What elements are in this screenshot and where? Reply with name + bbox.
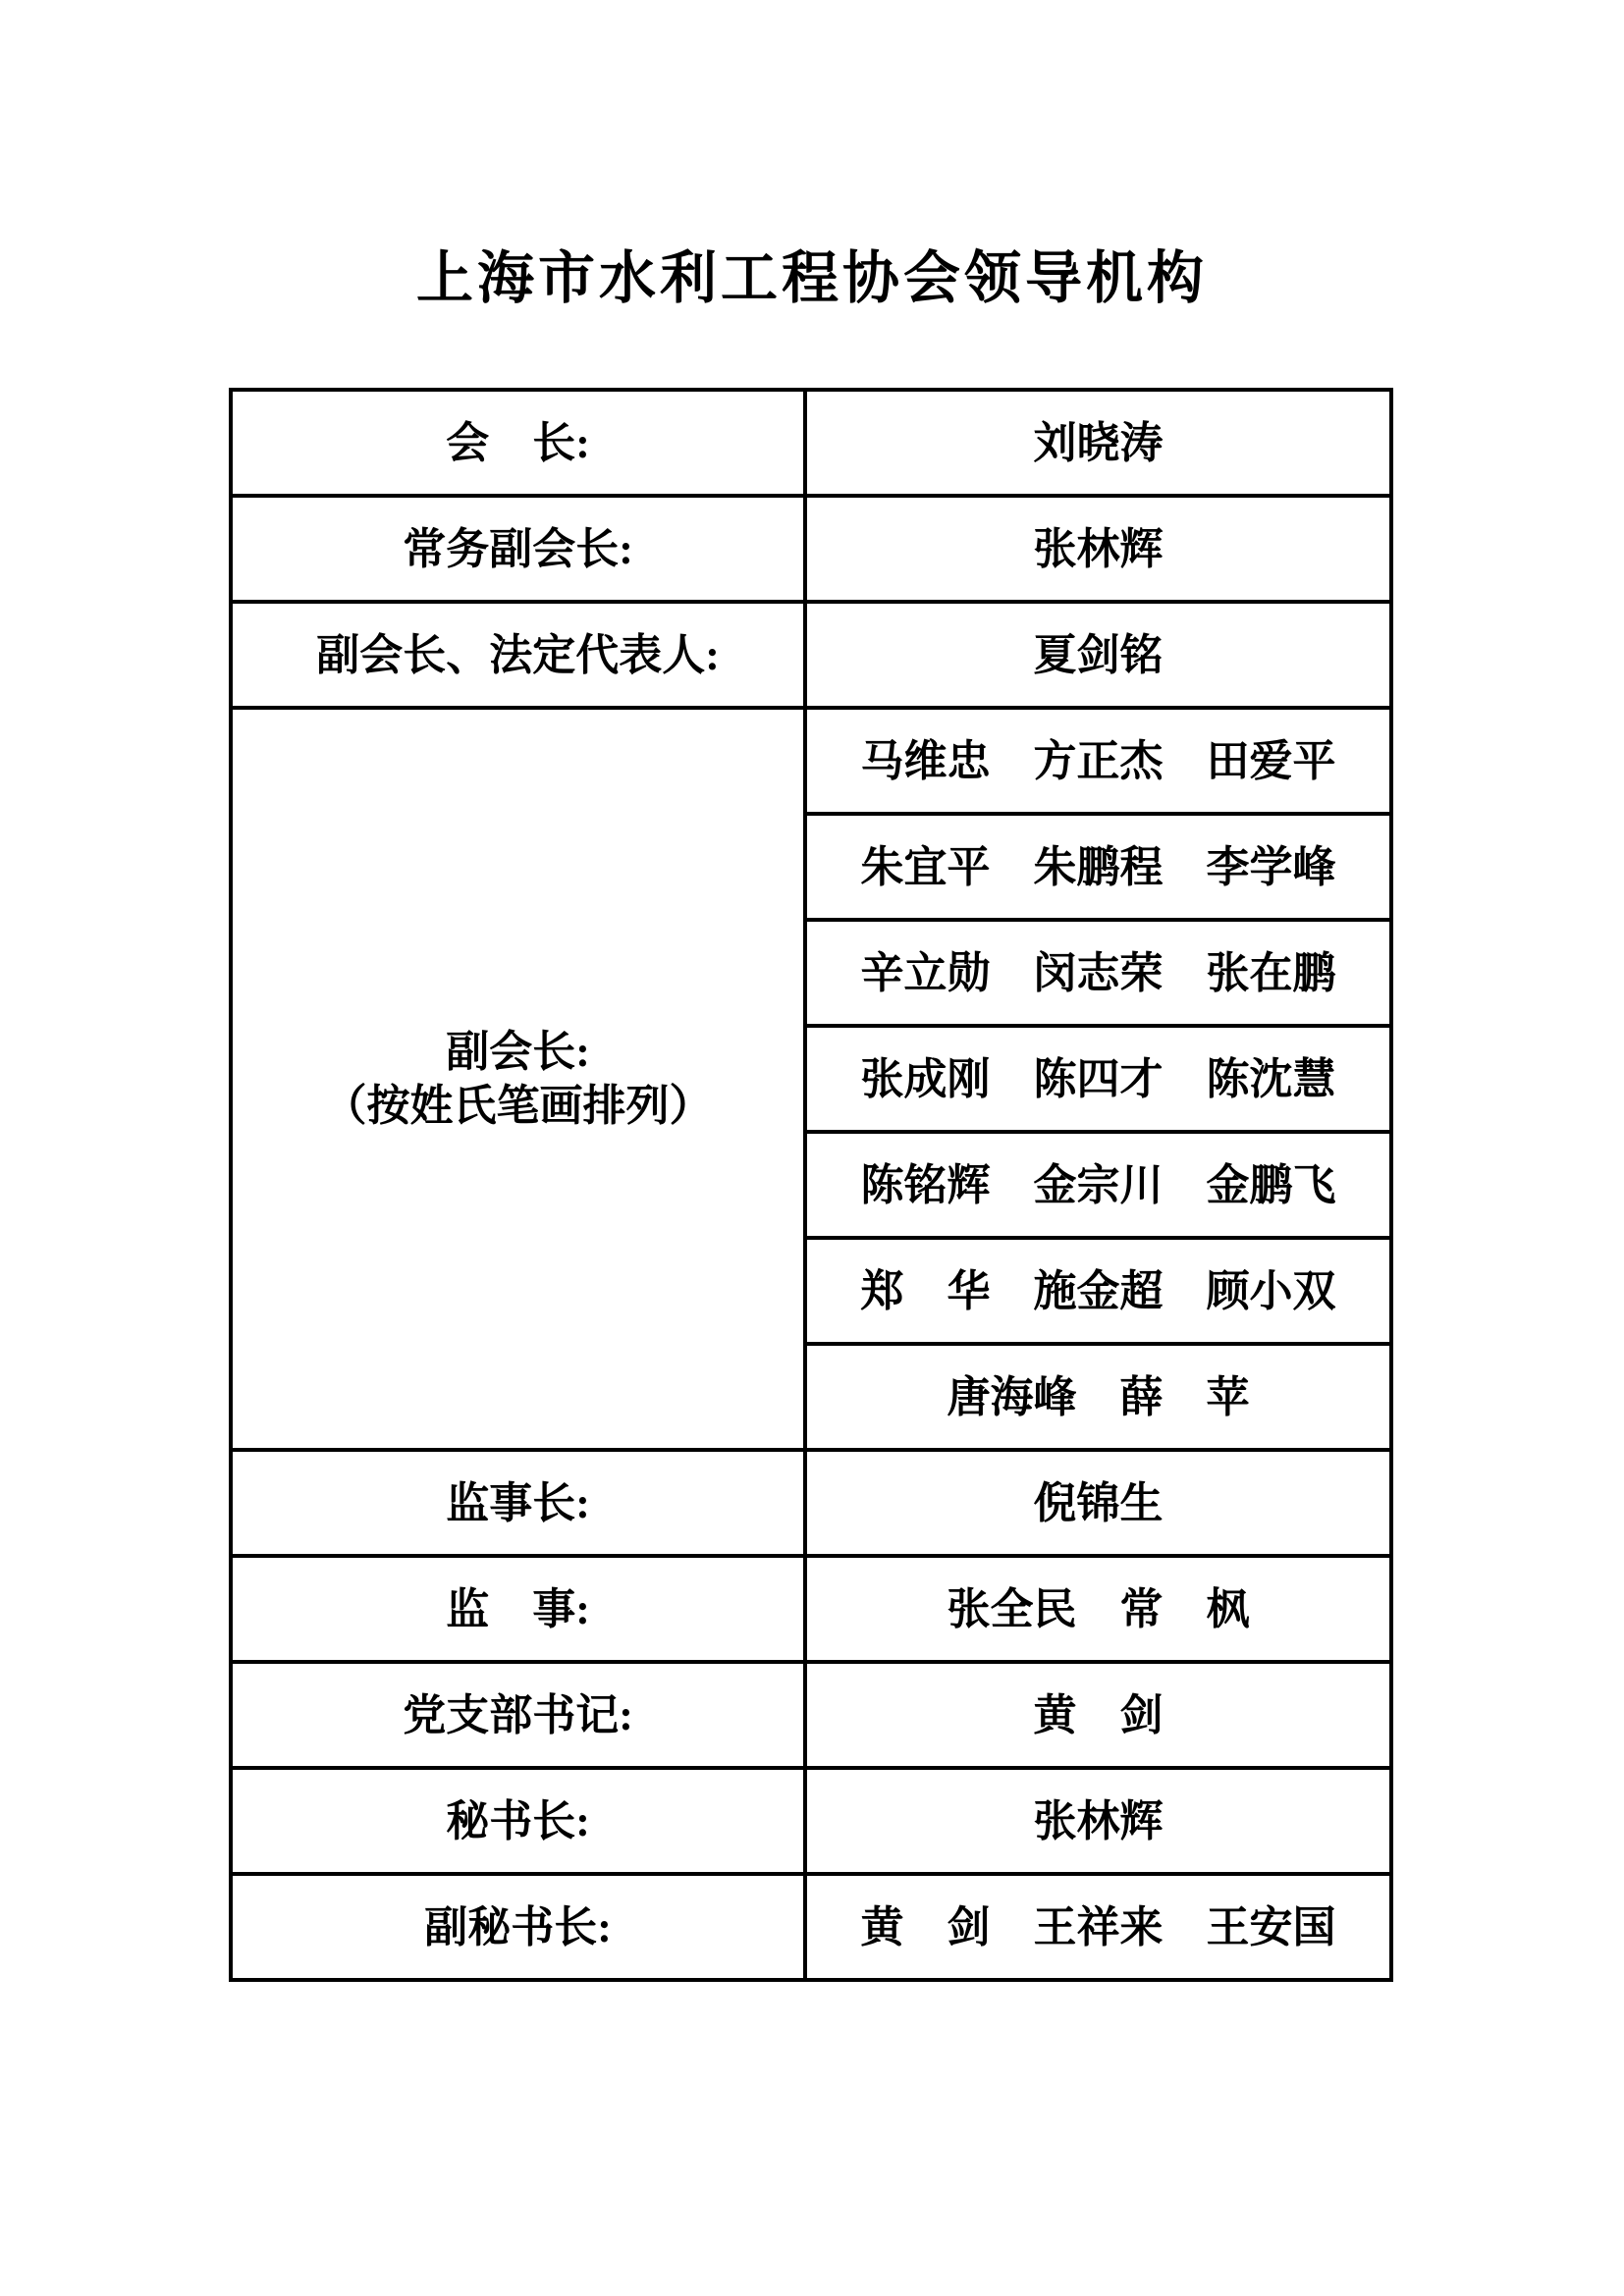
row-value-executive-vice-president: 张林辉 — [805, 496, 1391, 602]
table-row: 副会长、法定代表人: 夏剑铭 — [231, 602, 1391, 708]
leadership-table: 会 长: 刘晓涛 常务副会长: 张林辉 副会长、法定代表人: 夏剑铭 副会长: … — [229, 388, 1393, 1982]
row-value-vice-president-legal-rep: 夏剑铭 — [805, 602, 1391, 708]
table-row: 副会长: （按姓氏笔画排列） 马维忠 方正杰 田爱平 — [231, 708, 1391, 814]
vice-presidents-names-row: 唐海峰 薛 苹 — [805, 1344, 1391, 1450]
row-value-president: 刘晓涛 — [805, 390, 1391, 496]
vice-presidents-names-row: 马维忠 方正杰 田爱平 — [805, 708, 1391, 814]
vice-presidents-label: 副会长: — [233, 1025, 803, 1079]
row-value-supervisors: 张全民 常 枫 — [805, 1556, 1391, 1662]
table-row: 监事长: 倪锦生 — [231, 1450, 1391, 1556]
row-value-secretary-general: 张林辉 — [805, 1768, 1391, 1874]
document-title: 上海市水利工程协会领导机构 — [0, 247, 1624, 310]
row-value-deputy-secretary-general: 黄 剑 王祥来 王安国 — [805, 1874, 1391, 1980]
row-label-executive-vice-president: 常务副会长: — [231, 496, 805, 602]
row-label-supervisor-chief: 监事长: — [231, 1450, 805, 1556]
table-row: 秘书长: 张林辉 — [231, 1768, 1391, 1874]
table-row: 常务副会长: 张林辉 — [231, 496, 1391, 602]
vice-presidents-names-row: 陈铭辉 金宗川 金鹏飞 — [805, 1132, 1391, 1238]
document-page: 上海市水利工程协会领导机构 会 长: 刘晓涛 常务副会长: 张林辉 副会长、法定… — [0, 0, 1624, 2296]
row-label-president: 会 长: — [231, 390, 805, 496]
vice-presidents-sort-note: （按姓氏笔画排列） — [233, 1079, 803, 1133]
table-row: 会 长: 刘晓涛 — [231, 390, 1391, 496]
vice-presidents-names-row: 张成刚 陈四才 陈沈慧 — [805, 1026, 1391, 1132]
row-label-vice-president-legal-rep: 副会长、法定代表人: — [231, 602, 805, 708]
vice-presidents-names-row: 郑 华 施金超 顾小双 — [805, 1238, 1391, 1344]
row-label-vice-presidents: 副会长: （按姓氏笔画排列） — [231, 708, 805, 1450]
vice-presidents-names-row: 辛立勋 闵志荣 张在鹏 — [805, 920, 1391, 1026]
table-row: 副秘书长: 黄 剑 王祥来 王安国 — [231, 1874, 1391, 1980]
row-value-supervisor-chief: 倪锦生 — [805, 1450, 1391, 1556]
row-label-party-branch-secretary: 党支部书记: — [231, 1662, 805, 1768]
row-value-party-branch-secretary: 黄 剑 — [805, 1662, 1391, 1768]
row-label-secretary-general: 秘书长: — [231, 1768, 805, 1874]
table-row: 党支部书记: 黄 剑 — [231, 1662, 1391, 1768]
vice-presidents-names-row: 朱宜平 朱鹏程 李学峰 — [805, 814, 1391, 920]
row-label-deputy-secretary-general: 副秘书长: — [231, 1874, 805, 1980]
table-row: 监 事: 张全民 常 枫 — [231, 1556, 1391, 1662]
row-label-supervisors: 监 事: — [231, 1556, 805, 1662]
